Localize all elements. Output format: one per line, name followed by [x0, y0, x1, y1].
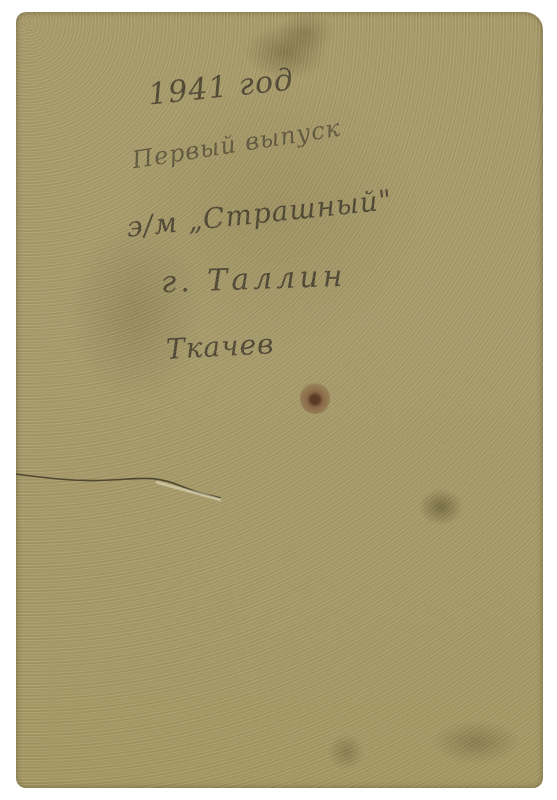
ink-stain [300, 382, 330, 414]
photo-card-back: 1941 год Первый выпуск э/м „Страшный" г.… [16, 12, 543, 788]
inscription-city: г. Таллин [160, 259, 347, 300]
inscription-ship: э/м „Страшный" [125, 183, 394, 244]
paper-crease [16, 468, 226, 504]
inscription-year: 1941 год [147, 62, 296, 112]
inscription-issue: Первый выпуск [130, 114, 343, 175]
inscription-signature: Ткачев [165, 327, 275, 366]
